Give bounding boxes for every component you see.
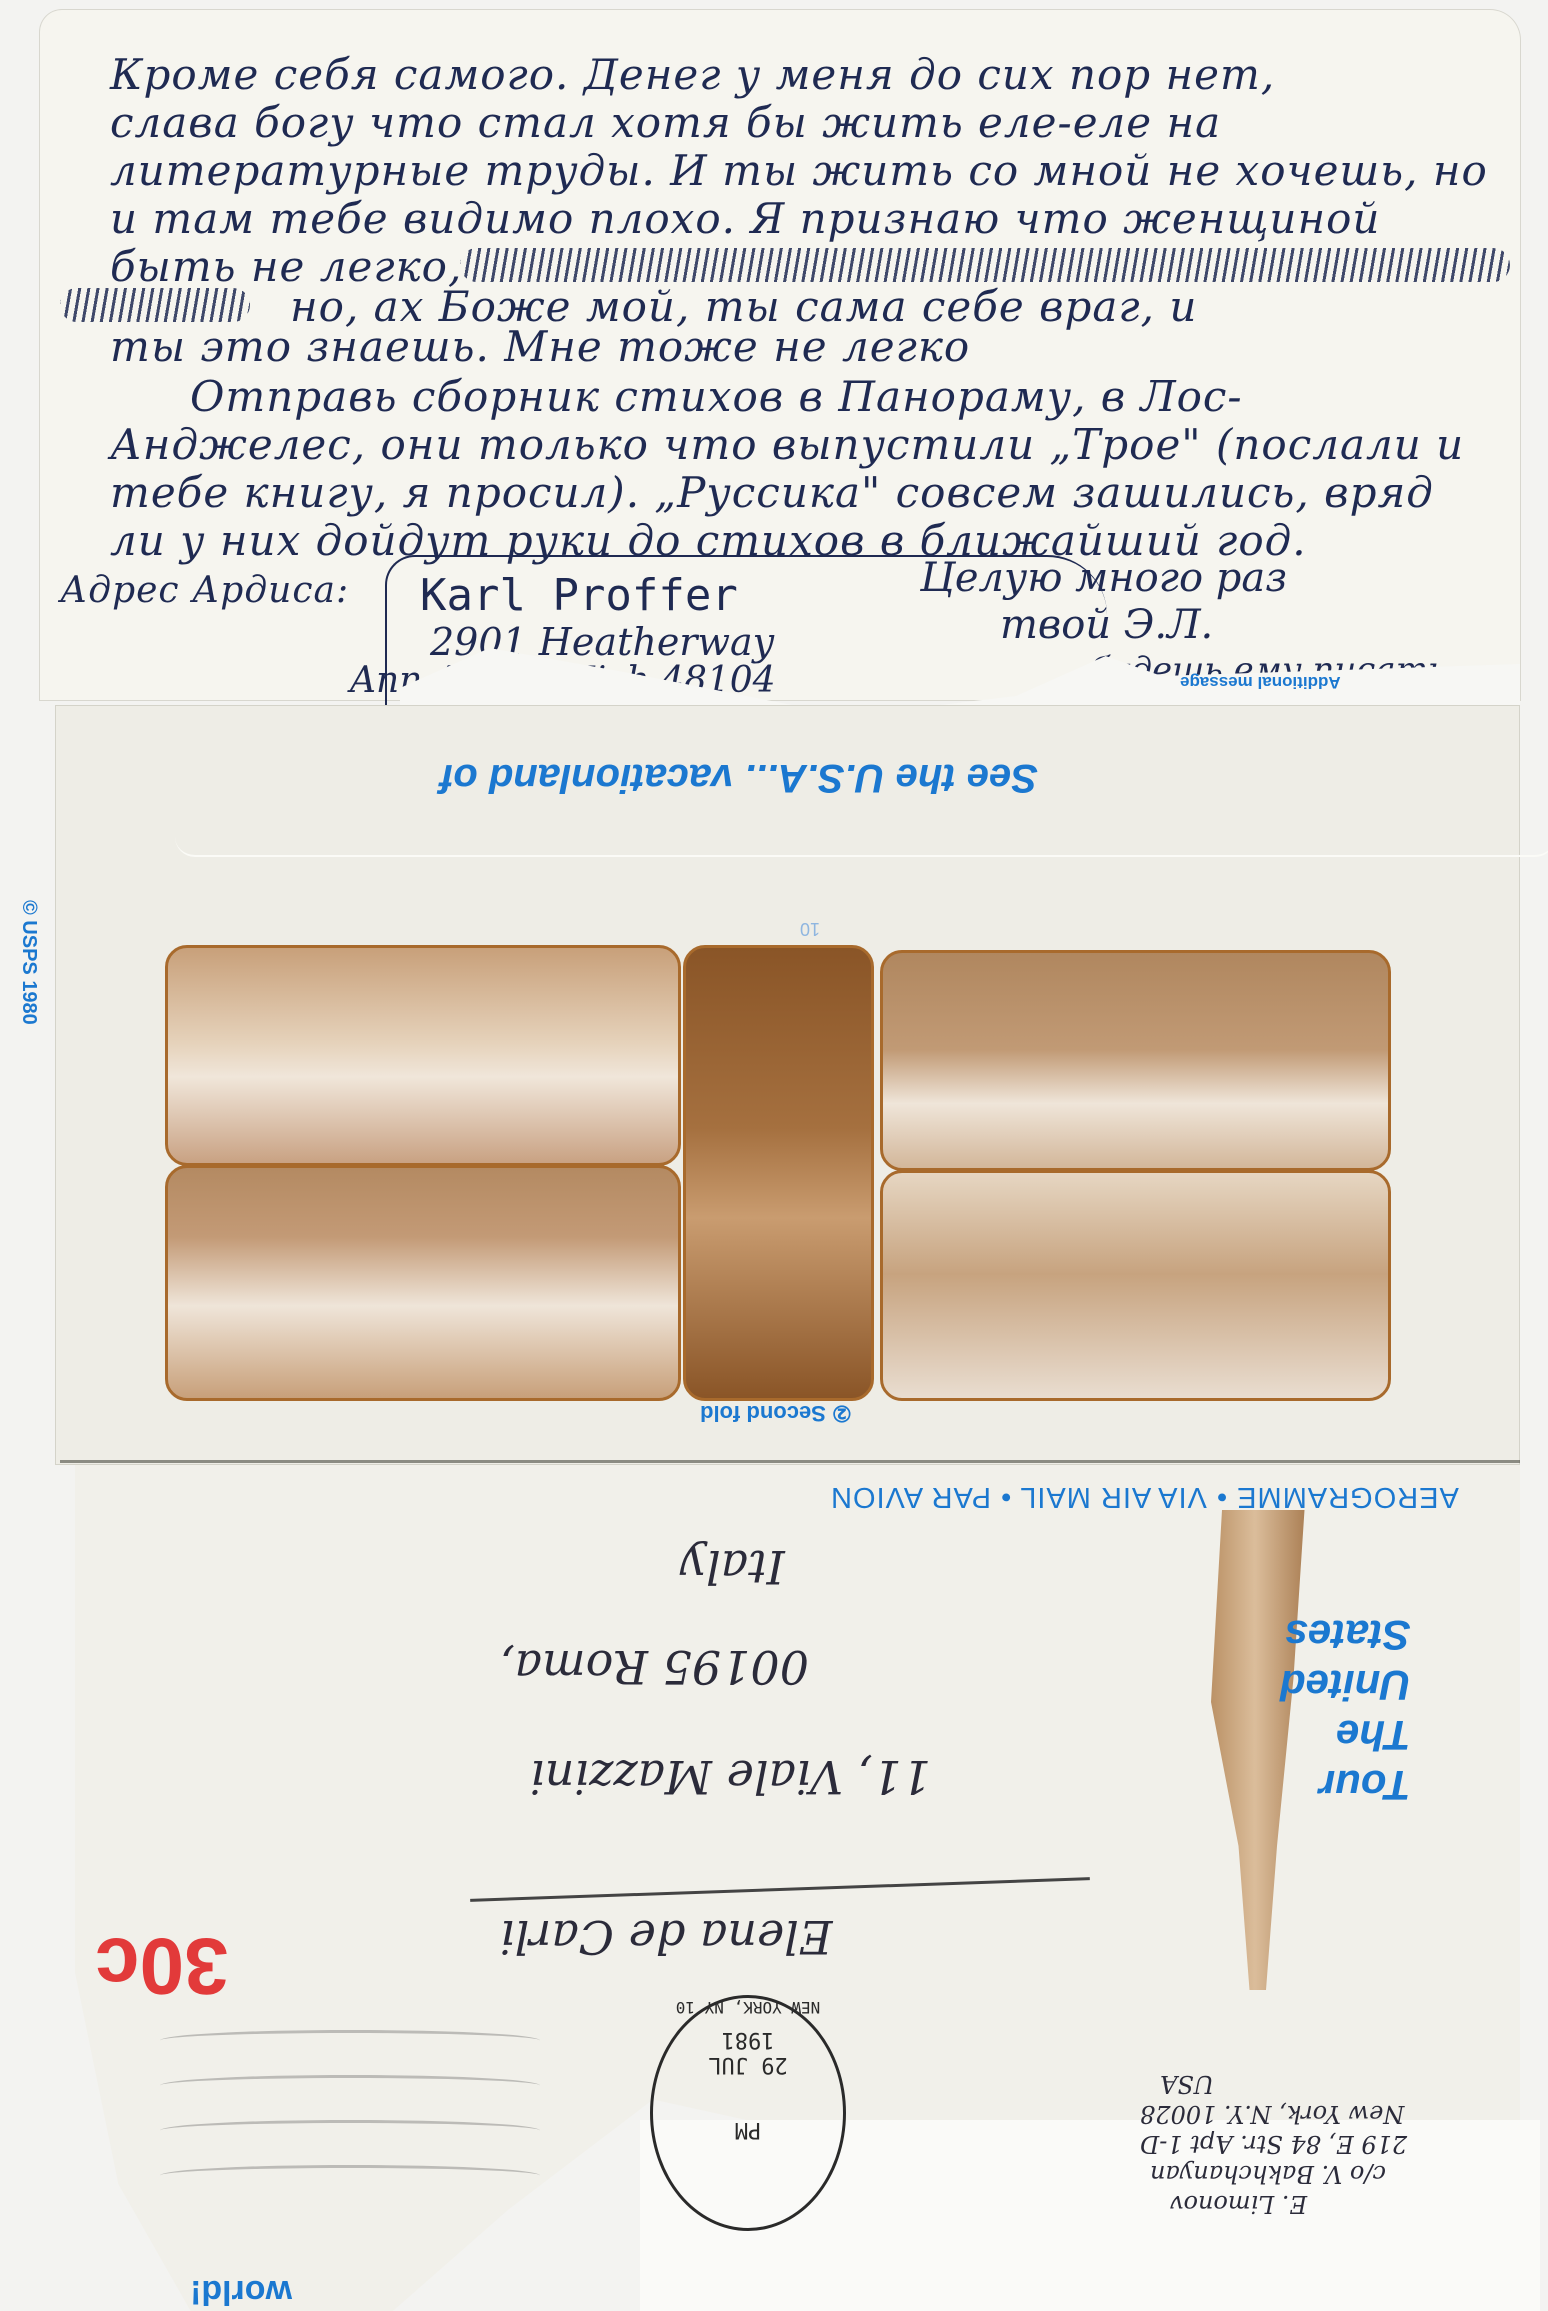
slogan-text: See the U.S.A... vacationland of: [440, 755, 1038, 800]
letter-line: Отправь сборник стихов в Панораму, в Лос…: [190, 372, 1243, 421]
riverboat-illustration: [880, 1170, 1391, 1401]
sender-line: New York, N.Y. 10028: [1140, 2100, 1404, 2128]
fold-crease: [60, 1460, 1520, 1463]
letter-line: Анджелес, они только что выпустили „Трое…: [110, 420, 1464, 469]
cancellation-line: [160, 2165, 540, 2186]
letter-line: Адрес Ардиса:: [60, 570, 349, 611]
ardis-name: Karl Proffer: [420, 570, 738, 621]
cancellation-line: [160, 2120, 540, 2141]
palm-beach-illustration: [165, 945, 681, 1166]
letter-line: слава богу что стал хотя бы жить еле-еле…: [110, 98, 1221, 147]
golden-gate-bridge-illustration: [165, 1165, 681, 1401]
sender-line: c/o V. Bakhchanyan: [1150, 2160, 1386, 2188]
totem-pole-illustration: [683, 945, 874, 1401]
letter-line: тебе книгу, я просил). „Руссика" совсем …: [110, 468, 1434, 517]
recipient-name: Elena de Carli: [500, 1910, 833, 1964]
letter-panel: Кроме себя самого. Денег у меня до сих п…: [40, 10, 1520, 700]
tour-slogan: Tour The United States: [1280, 1610, 1411, 1810]
cancellation-line: [160, 2075, 540, 2096]
additional-message-label: Additional message: [1180, 672, 1341, 692]
desert-mesa-illustration: [880, 950, 1391, 1171]
sender-line: 219 E, 84 Str. Apt 1-D: [1140, 2130, 1407, 2158]
aerogramme-banner: AEROGRAMME • VIA AIR MAIL • PAR AVION: [830, 1480, 1459, 1513]
letter-line: литературные труды. И ты жить со мной не…: [110, 146, 1488, 195]
recipient-line: Italy: [680, 1540, 785, 1594]
signature: твой Э.Л.: [1000, 602, 1213, 648]
world-fragment: world!: [190, 2272, 292, 2311]
copyright-text: © USPS 1980: [17, 900, 40, 1025]
second-fold-label: ② Second fold: [700, 1400, 852, 1426]
letter-line: и там тебе видимо плохо. Я признаю что ж…: [110, 194, 1380, 243]
recipient-line: 00195 Roma,: [500, 1640, 809, 1694]
closing-line: Целую много раз: [920, 555, 1287, 601]
letter-line: ты это знаешь. Мне тоже не легко: [110, 322, 970, 371]
stamp-value: 30c: [95, 1920, 228, 2012]
sender-line: USA: [1160, 2070, 1214, 2098]
cancellation-line: [160, 2030, 540, 2051]
postmark: PM 29 JUL 1981 NEW YORK, NY 10: [650, 1995, 846, 2231]
crossed-out-text: [60, 288, 250, 322]
fold-number: 10: [800, 918, 820, 939]
crossed-out-text: [460, 248, 1510, 282]
sender-name: E. Limonov: [1170, 2190, 1307, 2218]
recipient-line: 11, Viale Mazzini: [530, 1750, 931, 1804]
letter-line: Кроме себя самого. Денег у меня до сих п…: [110, 50, 1275, 99]
